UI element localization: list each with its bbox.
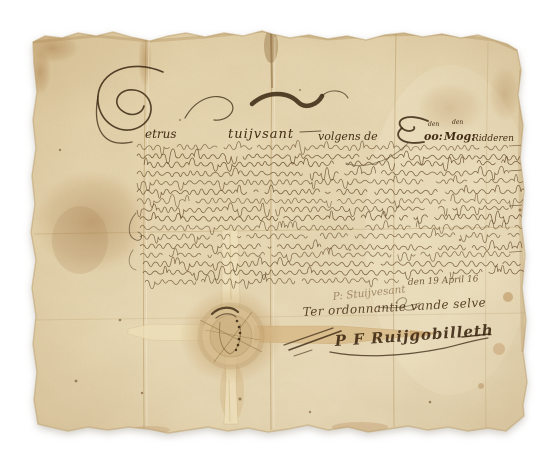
header-word-tuyvesant: tuijvsant	[228, 127, 294, 142]
header-sup-hoo: den	[428, 121, 439, 128]
header-sup-mog: den	[452, 119, 463, 126]
header-word-ridderen: Ridderen	[471, 134, 514, 144]
header-word-hoo: oo:	[424, 130, 443, 143]
manuscript-scan: etrus tuijvsant volgens de oo: den Mog: …	[0, 0, 550, 462]
wax-seal	[179, 288, 283, 384]
header-word-mog: Mog:	[443, 130, 475, 143]
header-word-volgens: volgens de	[318, 130, 378, 143]
header-word-etrus: etrus	[145, 127, 177, 141]
